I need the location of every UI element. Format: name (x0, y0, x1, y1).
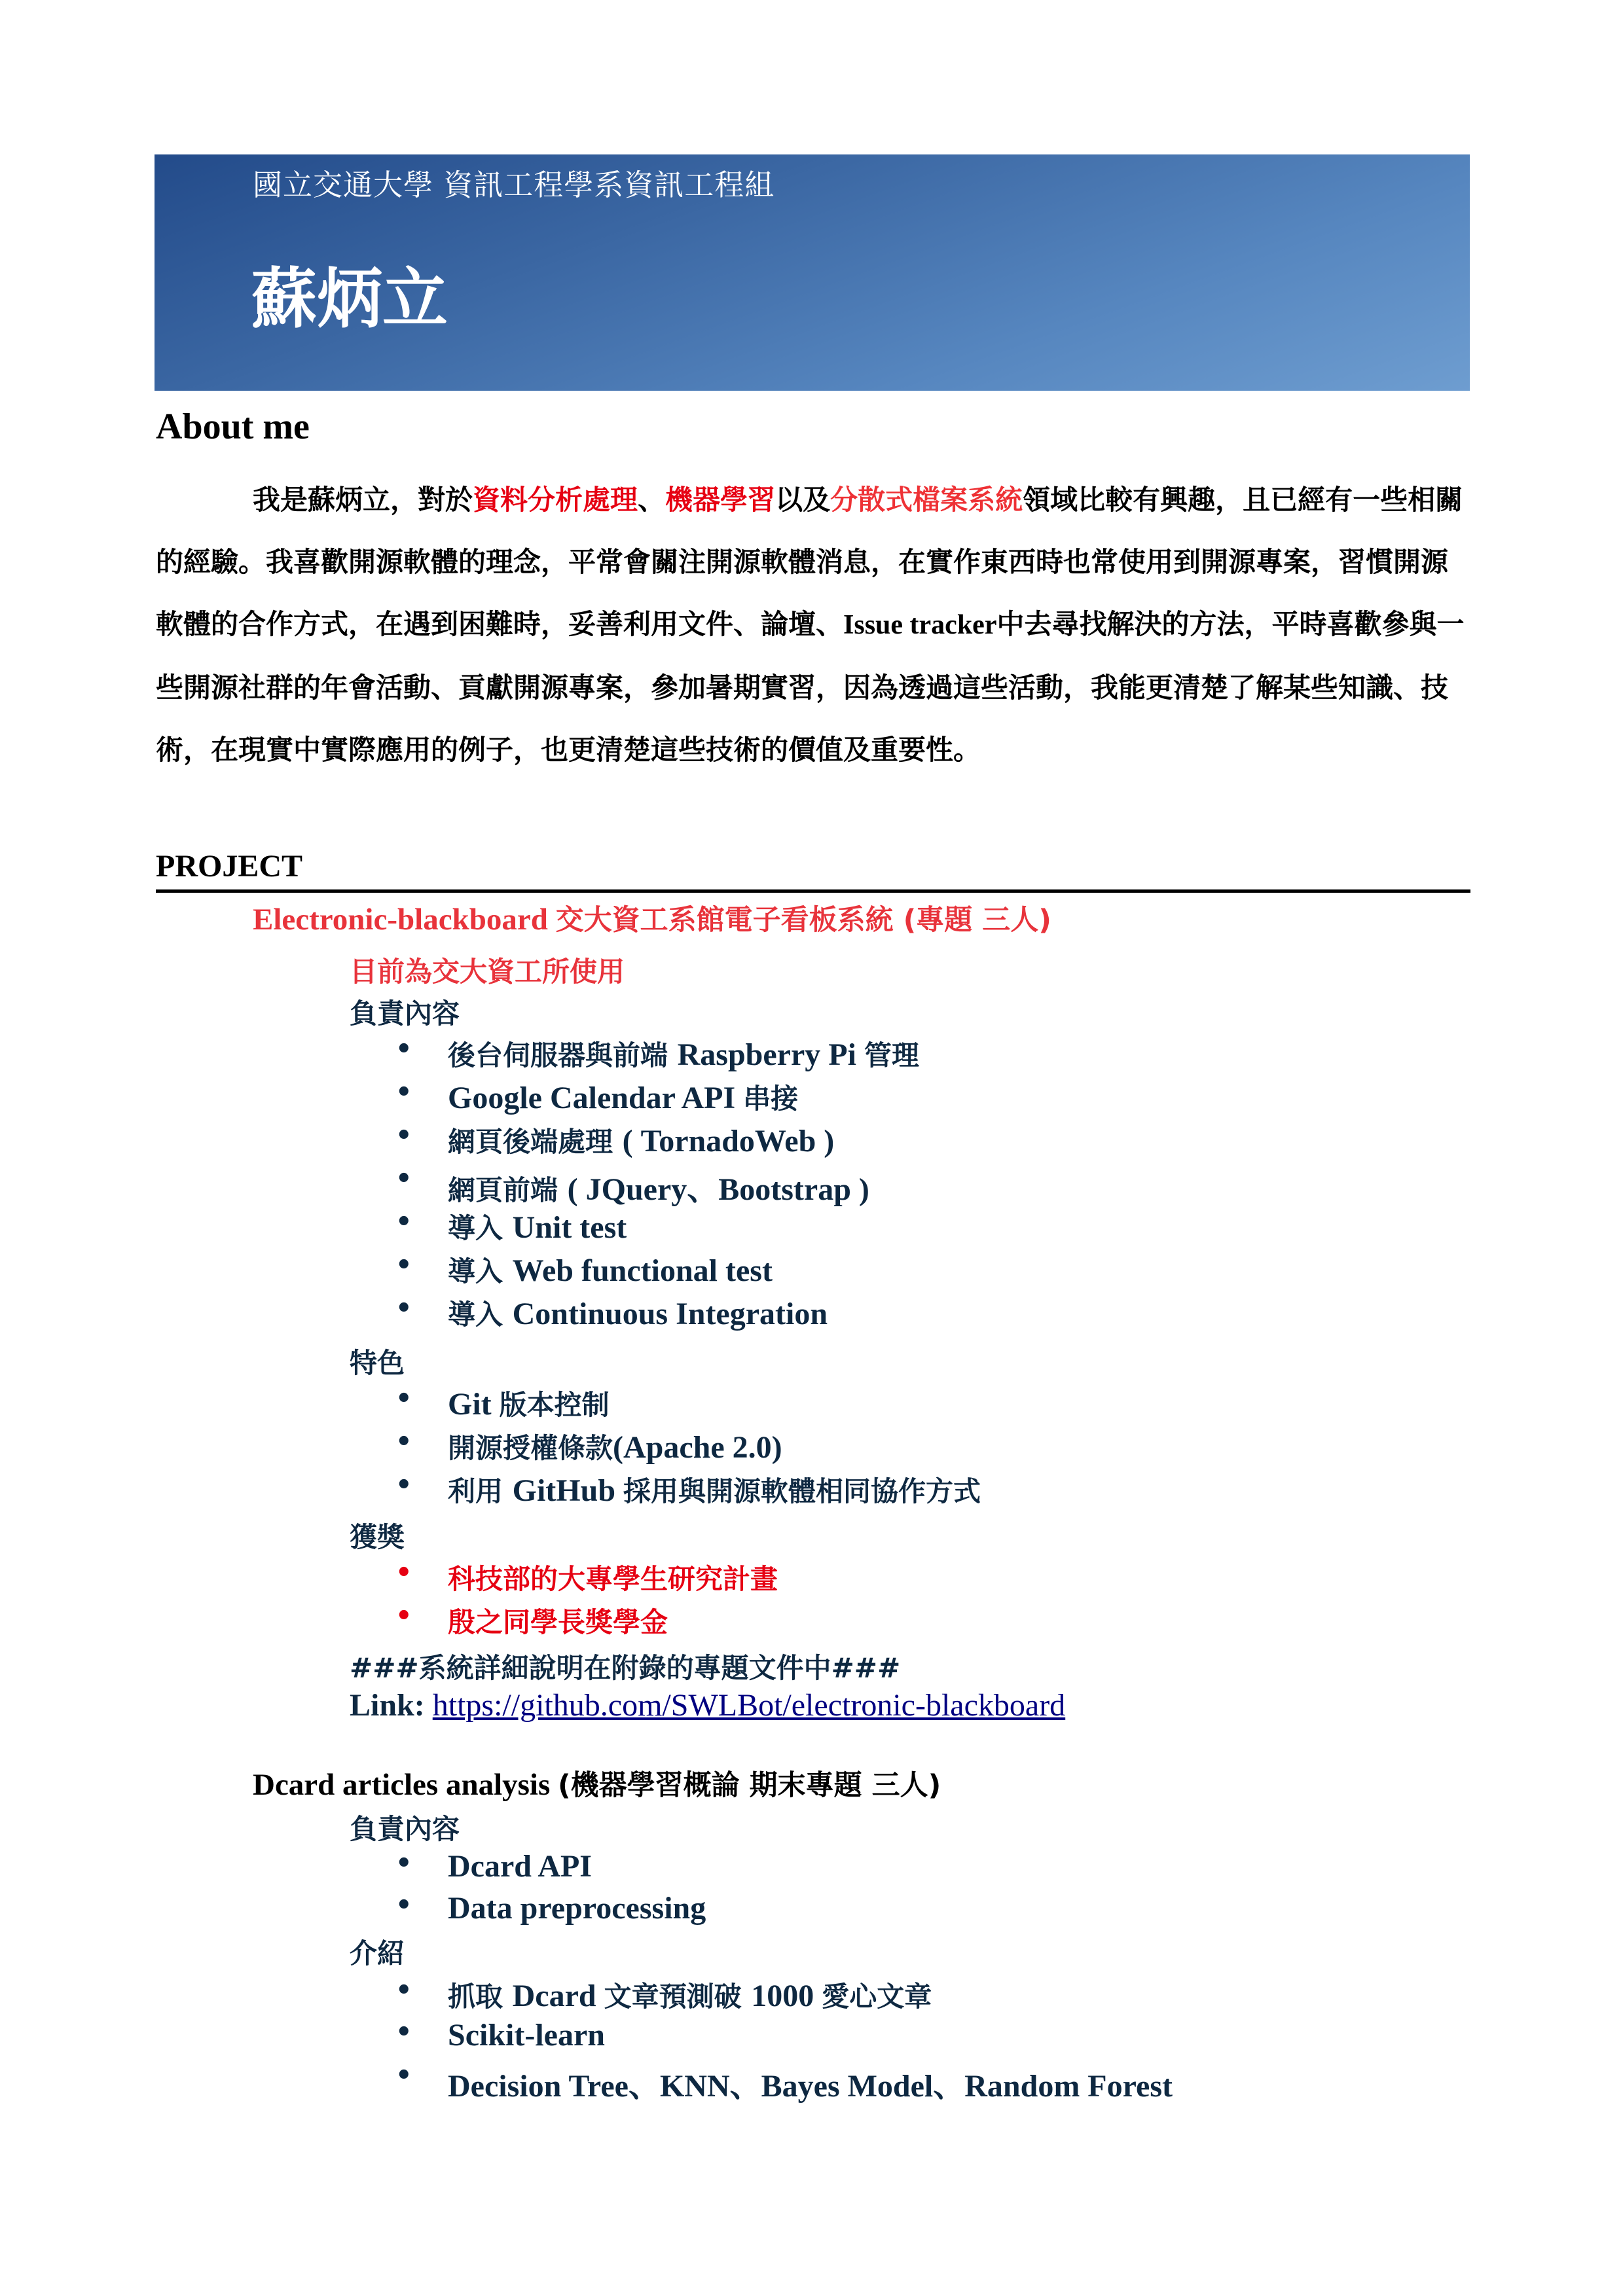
project-link-row: Link: https://github.com/SWLBot/electron… (350, 1687, 1065, 1723)
project-title-electronic-blackboard: Electronic-blackboard 交大資工系館電子看板系統 (專題 三… (253, 898, 1051, 938)
bullet-icon: • (395, 1975, 412, 2005)
keyword-machine-learning: 機器學習 (665, 484, 775, 516)
bullet-icon: • (395, 1558, 412, 1588)
text: 我是蘇炳立，對於 (253, 484, 473, 516)
bullet-icon: • (395, 2017, 412, 2047)
github-link[interactable]: https://github.com/SWLBot/electronic-bla… (433, 1688, 1065, 1723)
bullet-icon: • (395, 1121, 412, 1151)
bullet-icon: • (395, 1601, 412, 1631)
usage-note: 目前為交大資工所使用 (350, 950, 625, 990)
bullet-icon: • (395, 1034, 412, 1064)
features-label: 特色 (350, 1342, 405, 1381)
section-divider (156, 889, 1470, 893)
responsibilities-label: 負責內容 (350, 1808, 460, 1847)
awards-label: 獲獎 (350, 1516, 405, 1555)
bullet-icon: • (395, 1890, 412, 1920)
bullet-icon: • (395, 1207, 412, 1237)
about-paragraph: 我是蘇炳立，對於資料分析處理、機器學習以及分散式檔案系統領域比較有興趣，且已經有… (156, 469, 1472, 781)
link-label: Link: (350, 1688, 425, 1723)
intro-label: 介紹 (350, 1932, 405, 1971)
text: 以及 (775, 484, 830, 516)
project-title-dcard: Dcard articles analysis (機器學習概論 期末專題 三人) (253, 1763, 941, 1803)
text: 、 (638, 484, 665, 516)
about-heading: About me (156, 406, 310, 448)
person-name: 蘇炳立 (251, 246, 448, 340)
keyword-data-analysis: 資料分析處理 (473, 484, 638, 516)
bullet-icon: • (395, 1250, 412, 1280)
bullet-icon: • (395, 1077, 412, 1107)
bullet-icon: • (395, 1384, 412, 1414)
keyword-distributed-fs: 分散式檔案系統 (830, 484, 1023, 516)
title-tag: (專題 三人) (903, 904, 1051, 937)
text: Issue tracker (843, 610, 996, 640)
responsibilities-label: 負責內容 (350, 992, 460, 1031)
bullet-icon: • (395, 1164, 412, 1194)
title-cjk: (機器學習概論 期末專題 三人) (558, 1769, 941, 1802)
detail-note: ###系統詳細說明在附錄的專題文件中### (350, 1647, 900, 1686)
title-en: Electronic-blackboard (253, 903, 556, 937)
bullet-icon: • (395, 2060, 412, 2090)
bullet-icon: • (395, 1848, 412, 1878)
bullet-icon: • (395, 1427, 412, 1457)
bullet-icon: • (395, 1470, 412, 1500)
department-subtitle: 國立交通大學 資訊工程學系資訊工程組 (253, 161, 775, 204)
header-banner: 國立交通大學 資訊工程學系資訊工程組 蘇炳立 (155, 154, 1470, 391)
bullet-icon: • (395, 1293, 412, 1323)
title-en: Dcard articles analysis (253, 1768, 558, 1802)
title-cjk: 交大資工系館電子看板系統 (556, 904, 903, 937)
project-section-heading: PROJECT (156, 848, 302, 884)
